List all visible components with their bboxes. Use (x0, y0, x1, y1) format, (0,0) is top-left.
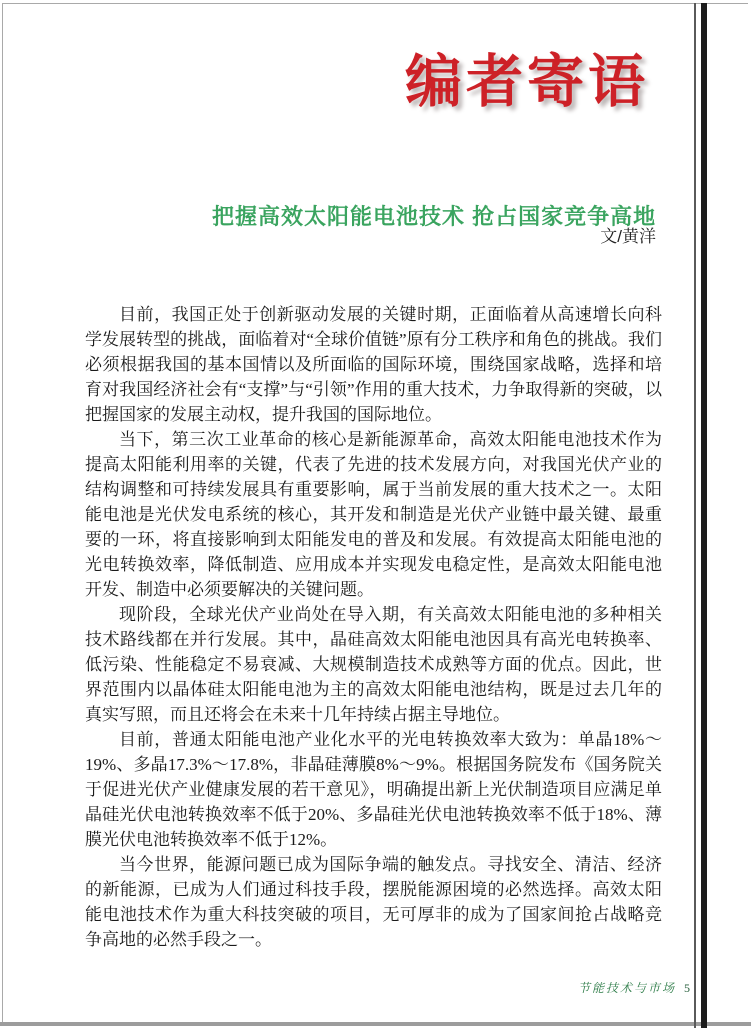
right-rule-thin (694, 3, 696, 1028)
page-edge-left (2, 3, 3, 1025)
paragraph: 目前，我国正处于创新驱动发展的关键时期，正面临着从高速增长向科学发展转型的挑战，… (85, 302, 662, 427)
journal-name: 节能技术与市场 (578, 981, 676, 995)
page-edge-top (2, 3, 748, 4)
section-banner: 编者寄语 (405, 36, 655, 118)
paragraph: 现阶段，全球光伏产业尚处在导入期，有关高效太阳能电池的多种相关技术路线都在并行发… (85, 602, 662, 727)
page-number: 5 (684, 981, 690, 995)
page-footer: 节能技术与市场5 (0, 979, 690, 996)
right-rule-thick (701, 3, 707, 1028)
journal-page: 编者寄语 把握高效太阳能电池技术 抢占国家竞争高地 文/黄洋 目前，我国正处于创… (0, 0, 751, 1028)
article-body: 目前，我国正处于创新驱动发展的关键时期，正面临着从高速增长向科学发展转型的挑战，… (85, 302, 662, 952)
paragraph: 当下，第三次工业革命的核心是新能源革命，高效太阳能电池技术作为提高太阳能利用率的… (85, 427, 662, 602)
article-byline: 文/黄洋 (85, 222, 656, 247)
paragraph: 当今世界，能源问题已成为国际争端的触发点。寻找安全、清洁、经济的新能源，已成为人… (85, 852, 662, 952)
paragraph: 目前，普通太阳能电池产业化水平的光电转换效率大致为：单晶18%～19%、多晶17… (85, 727, 662, 852)
page-edge-bottom (0, 1022, 751, 1026)
